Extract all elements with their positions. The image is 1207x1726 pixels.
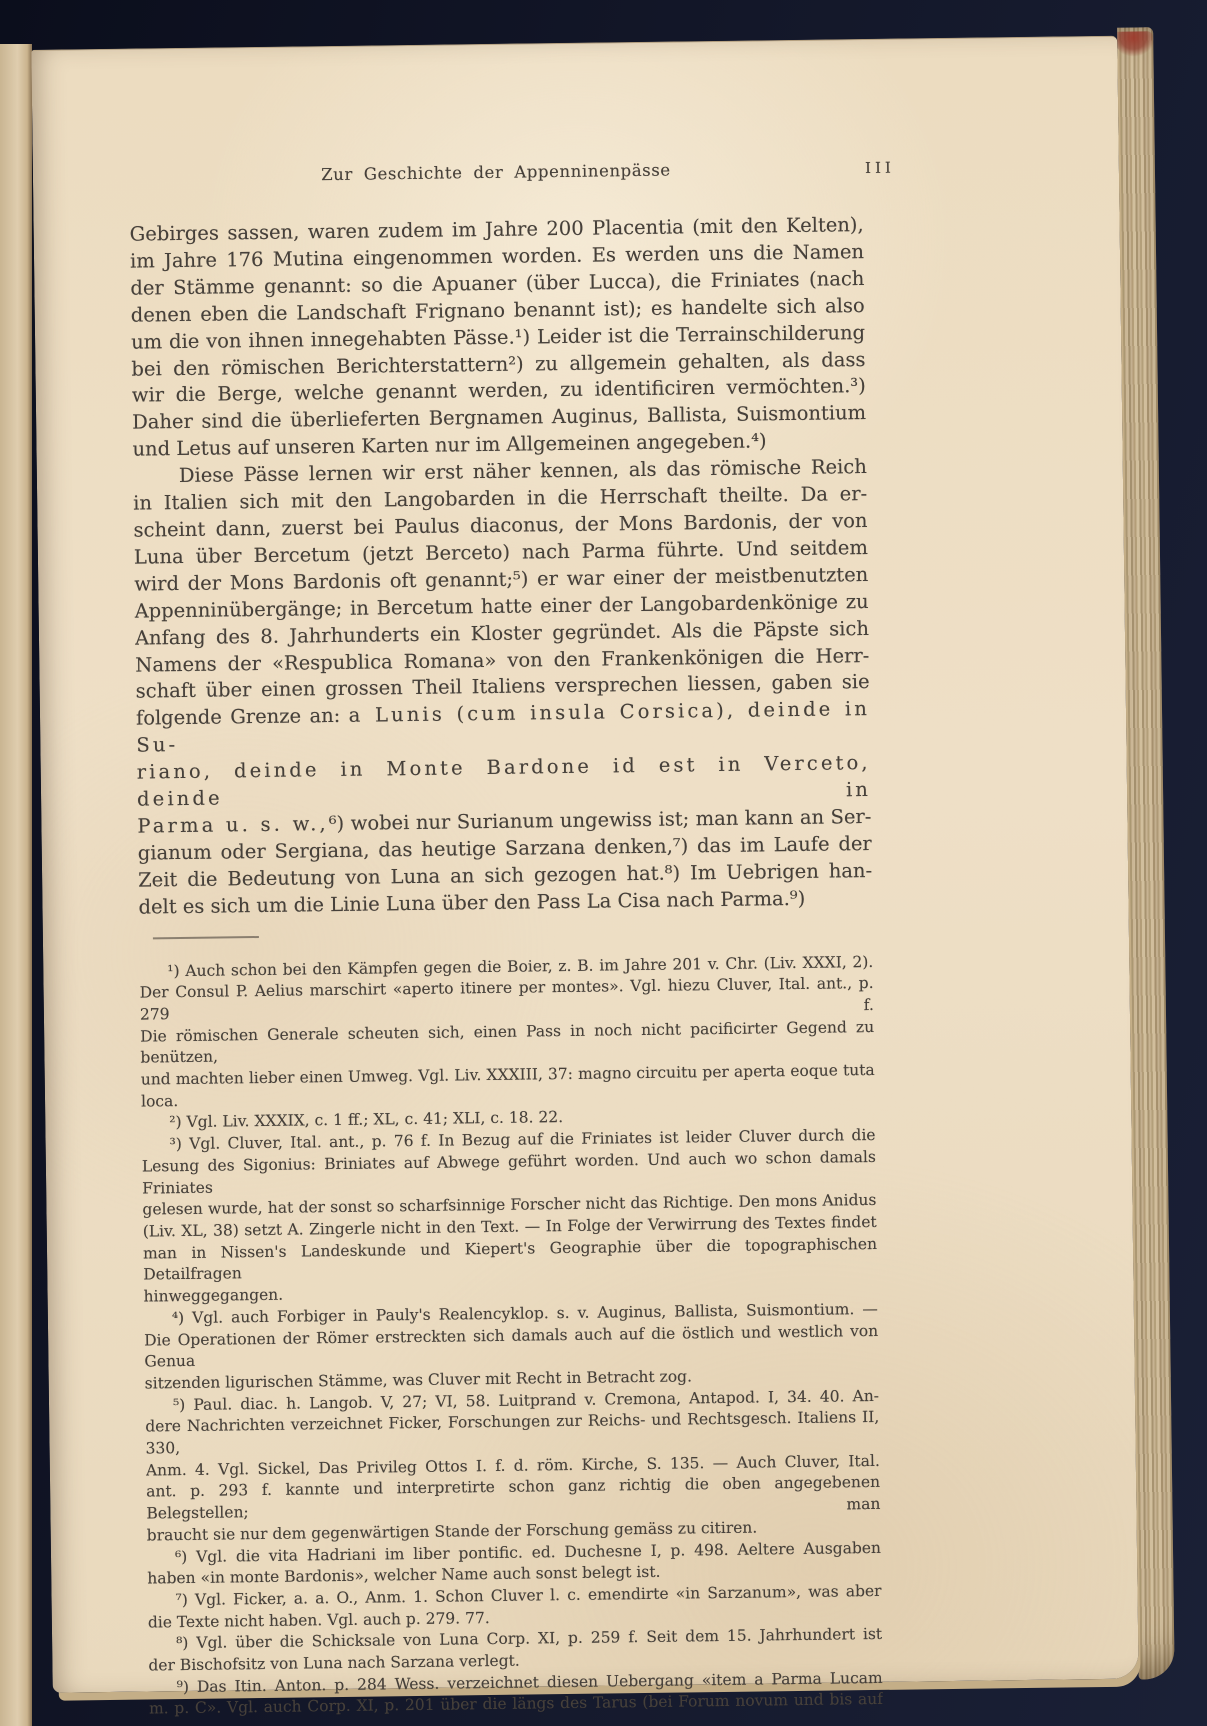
page-number: III [865,159,895,177]
footnote: ⁵) Paul. diac. h. Langob. V, 27; VI, 58.… [145,1386,881,1548]
page-content: Zur Geschichte der Appenninenpässe III G… [129,158,883,1721]
footnote: ⁹) Das Itin. Anton. p. 284 Wess. verzeic… [149,1668,884,1721]
footnotes: ¹) Auch schon bei den Kämpfen gegen die … [139,952,883,1721]
footnote: ¹) Auch schon bei den Kämpfen gegen die … [139,952,875,1114]
text-line: folgende Grenze an: a Lunis (cum insula … [136,696,871,759]
red-sprayed-top-edge [1117,31,1154,73]
text-line: riano, deinde in Monte Bardone id est in… [137,750,872,813]
body-text: Gebirges sassen, waren zudem im Jahre 20… [130,212,873,921]
footnote-separator [153,936,259,939]
page-title: Zur Geschichte der Appenninenpässe [129,158,863,187]
book-page: Zur Geschichte der Appenninenpässe III G… [31,36,1138,1693]
footnote: ⁴) Vgl. auch Forbiger in Pauly's Realenc… [144,1299,879,1395]
running-header: Zur Geschichte der Appenninenpässe III [129,158,863,194]
footnote: ³) Vgl. Cluver, Ital. ant., p. 76 f. In … [141,1125,877,1308]
book: Zur Geschichte der Appenninenpässe III G… [21,27,1183,1702]
scanned-book-photo: { "colors":{"background":"#131729","pape… [0,0,1207,1726]
paragraph: Gebirges sassen, waren zudem im Jahre 20… [130,212,867,464]
paragraph: Diese Pässe lernen wir erst näher kennen… [133,454,873,921]
